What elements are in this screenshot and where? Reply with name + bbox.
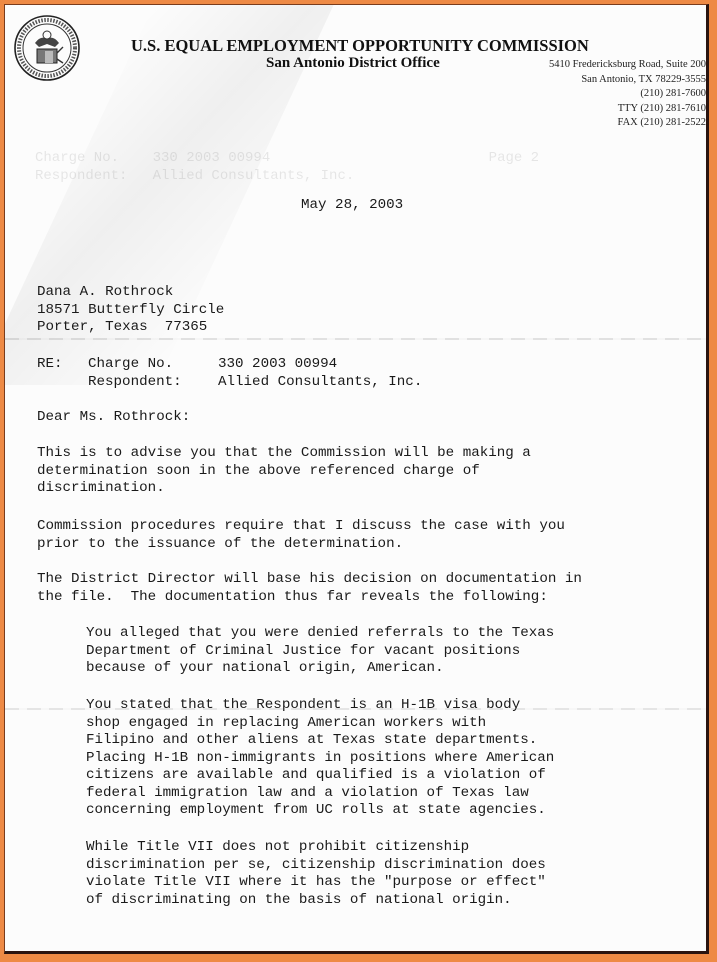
recipient-block: Dana A. Rothrock 18571 Butterfly Circle … (37, 284, 224, 337)
office-address: 5410 Fredericksburg Road, Suite 200 San … (549, 58, 706, 131)
paragraph-line: prior to the issuance of the determinati… (37, 536, 565, 554)
paragraph-1: This is to advise you that the Commissio… (37, 445, 531, 498)
finding-line: Filipino and other aliens at Texas state… (86, 732, 554, 750)
bleed-through-line-2: Respondent: Allied Consultants, Inc. (35, 168, 354, 186)
tty: TTY (210) 281-7610 (549, 102, 706, 117)
letter-date: May 28, 2003 (301, 197, 403, 215)
paragraph-line: determination soon in the above referenc… (37, 463, 531, 481)
paragraph-3: The District Director will base his deci… (37, 571, 582, 606)
charge-number: 330 2003 00994 (218, 356, 337, 374)
address-city: San Antonio, TX 78229-3555 (549, 73, 706, 88)
finding-2: You stated that the Respondent is an H-1… (86, 697, 554, 820)
finding-line: violate Title VII where it has the "purp… (86, 874, 546, 892)
finding-line: concerning employment from UC rolls at s… (86, 802, 554, 820)
recipient-name: Dana A. Rothrock (37, 284, 224, 302)
respondent-name: Allied Consultants, Inc. (218, 374, 422, 392)
reference-block: RE: Charge No. 330 2003 00994 Respondent… (37, 356, 422, 391)
paragraph-2: Commission procedures require that I dis… (37, 518, 565, 553)
respondent-label: Respondent: (88, 374, 218, 392)
recipient-city: Porter, Texas 77365 (37, 319, 224, 337)
finding-line: You alleged that you were denied referra… (86, 625, 554, 643)
phone: (210) 281-7600 (549, 87, 706, 102)
district-office: San Antonio District Office (266, 55, 440, 72)
finding-line: Department of Criminal Justice for vacan… (86, 643, 554, 661)
paragraph-line: Commission procedures require that I dis… (37, 518, 565, 536)
finding-line: of discriminating on the basis of nation… (86, 892, 546, 910)
paragraph-line: This is to advise you that the Commissio… (37, 445, 531, 463)
recipient-street: 18571 Butterfly Circle (37, 302, 224, 320)
paragraph-line: discrimination. (37, 480, 531, 498)
finding-1: You alleged that you were denied referra… (86, 625, 554, 678)
finding-3: While Title VII does not prohibit citize… (86, 839, 546, 909)
salutation: Dear Ms. Rothrock: (37, 409, 190, 427)
finding-line: citizens are available and qualified is … (86, 767, 554, 785)
finding-line: federal immigration law and a violation … (86, 785, 554, 803)
bleed-through-line-1: Charge No. 330 2003 00994 Page 2 (35, 150, 539, 168)
finding-line: discrimination per se, citizenship discr… (86, 857, 546, 875)
finding-line: While Title VII does not prohibit citize… (86, 839, 546, 857)
organization-name: U.S. EQUAL EMPLOYMENT OPPORTUNITY COMMIS… (131, 36, 589, 56)
address-street: 5410 Fredericksburg Road, Suite 200 (549, 58, 706, 73)
letter-page: Charge No. 330 2003 00994 Page 2 Respond… (4, 4, 709, 954)
charge-label: Charge No. (88, 356, 218, 374)
finding-line: Placing H-1B non-immigrants in positions… (86, 750, 554, 768)
finding-line: shop engaged in replacing American worke… (86, 715, 554, 733)
eeoc-seal-icon (13, 13, 81, 83)
fold-line (5, 338, 706, 340)
re-label: RE: (37, 356, 88, 374)
finding-line: You stated that the Respondent is an H-1… (86, 697, 554, 715)
fax: FAX (210) 281-2522 (549, 116, 706, 131)
paragraph-line: the file. The documentation thus far rev… (37, 589, 582, 607)
paragraph-line: The District Director will base his deci… (37, 571, 582, 589)
finding-line: because of your national origin, America… (86, 660, 554, 678)
